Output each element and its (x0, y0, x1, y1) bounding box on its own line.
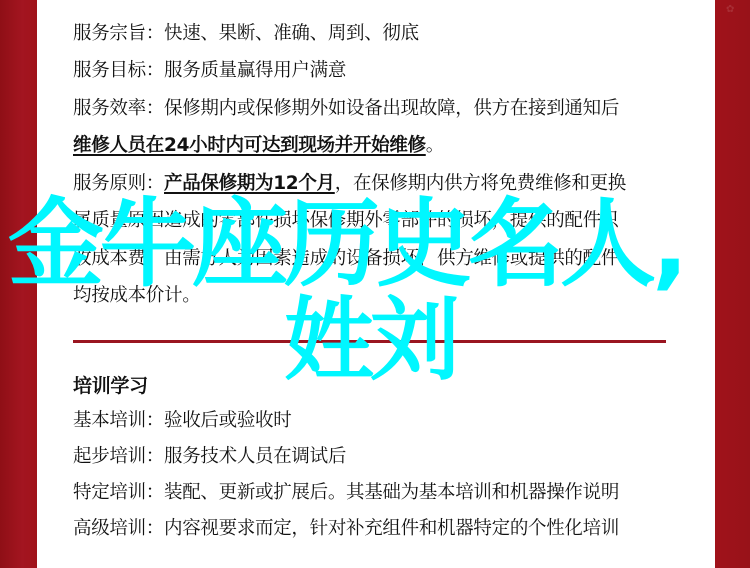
service-efficiency-row: 服务效率：保修期内或保修期外如设备出现故障，供方在接到通知后 (73, 97, 619, 121)
training-item: 高级培训：内容视要求而定，针对补充组件和机器特定的个性化培训 (73, 517, 619, 541)
section-divider (73, 340, 666, 343)
training-heading: 培训学习 (73, 374, 148, 398)
service-goal-row: 服务目标：服务质量赢得用户满意 (73, 59, 346, 83)
service-goal-label: 服务目标： (73, 60, 164, 81)
service-efficiency-tail: 。 (426, 135, 444, 156)
training-item-value: 内容视要求而定，针对补充组件和机器特定的个性化培训 (164, 518, 619, 539)
service-principle-row: 服务原则：产品保修期为12个月，在保修期内供方将免费维修和更换 (73, 172, 626, 196)
training-item: 特定培训：装配、更新或扩展后。其基础为基本培训和机器操作说明 (73, 481, 619, 505)
training-item-label: 特定培训： (73, 482, 164, 503)
service-efficiency-row-2: 维修人员在24小时内可达到现场并开始维修。 (73, 134, 444, 158)
service-principle-label: 服务原则： (73, 173, 164, 194)
service-efficiency-emphasis: 维修人员在24小时内可达到现场并开始维修 (73, 135, 426, 156)
service-efficiency-label: 服务效率： (73, 98, 164, 119)
training-item-label: 基本培训： (73, 410, 164, 431)
training-item-value: 验收后或验收时 (164, 410, 291, 431)
service-principle-row-3: 收成本费；由需方人为因素造成的设备损坏，供方维修或提供的配件 (73, 247, 619, 271)
page-frame: ✿ 服务宗旨：快速、果断、准确、周到、彻底 服务目标：服务质量赢得用户满意 服务… (0, 0, 750, 568)
service-principle-row-4: 均按成本价计。 (73, 284, 200, 308)
service-purpose-row: 服务宗旨：快速、果断、准确、周到、彻底 (73, 22, 419, 46)
service-goal-value: 服务质量赢得用户满意 (164, 60, 346, 81)
training-item: 起步培训：服务技术人员在调试后 (73, 445, 346, 469)
training-item: 基本培训：验收后或验收时 (73, 409, 291, 433)
service-purpose-label: 服务宗旨： (73, 23, 164, 44)
service-principle-value-4: 均按成本价计。 (73, 285, 200, 306)
service-principle-emphasis: 产品保修期为12个月 (164, 173, 335, 194)
service-principle-value-3: 收成本费；由需方人为因素造成的设备损坏，供方维修或提供的配件 (73, 248, 619, 269)
right-border (715, 0, 750, 568)
training-item-label: 起步培训： (73, 446, 164, 467)
training-item-value: 服务技术人员在调试后 (164, 446, 346, 467)
service-efficiency-value: 保修期内或保修期外如设备出现故障，供方在接到通知后 (164, 98, 619, 119)
watermark-icon: ✿ (726, 4, 746, 24)
service-purpose-value: 快速、果断、准确、周到、彻底 (164, 23, 419, 44)
service-principle-value-2: 属质量原因造成的零部件损坏保修期外零部件的损坏，提供的配件只 (73, 210, 619, 231)
training-item-value: 装配、更新或扩展后。其基础为基本培训和机器操作说明 (164, 482, 619, 503)
service-principle-row-2: 属质量原因造成的零部件损坏保修期外零部件的损坏，提供的配件只 (73, 209, 619, 233)
service-principle-value-1: ，在保修期内供方将免费维修和更换 (335, 173, 626, 194)
training-item-label: 高级培训： (73, 518, 164, 539)
